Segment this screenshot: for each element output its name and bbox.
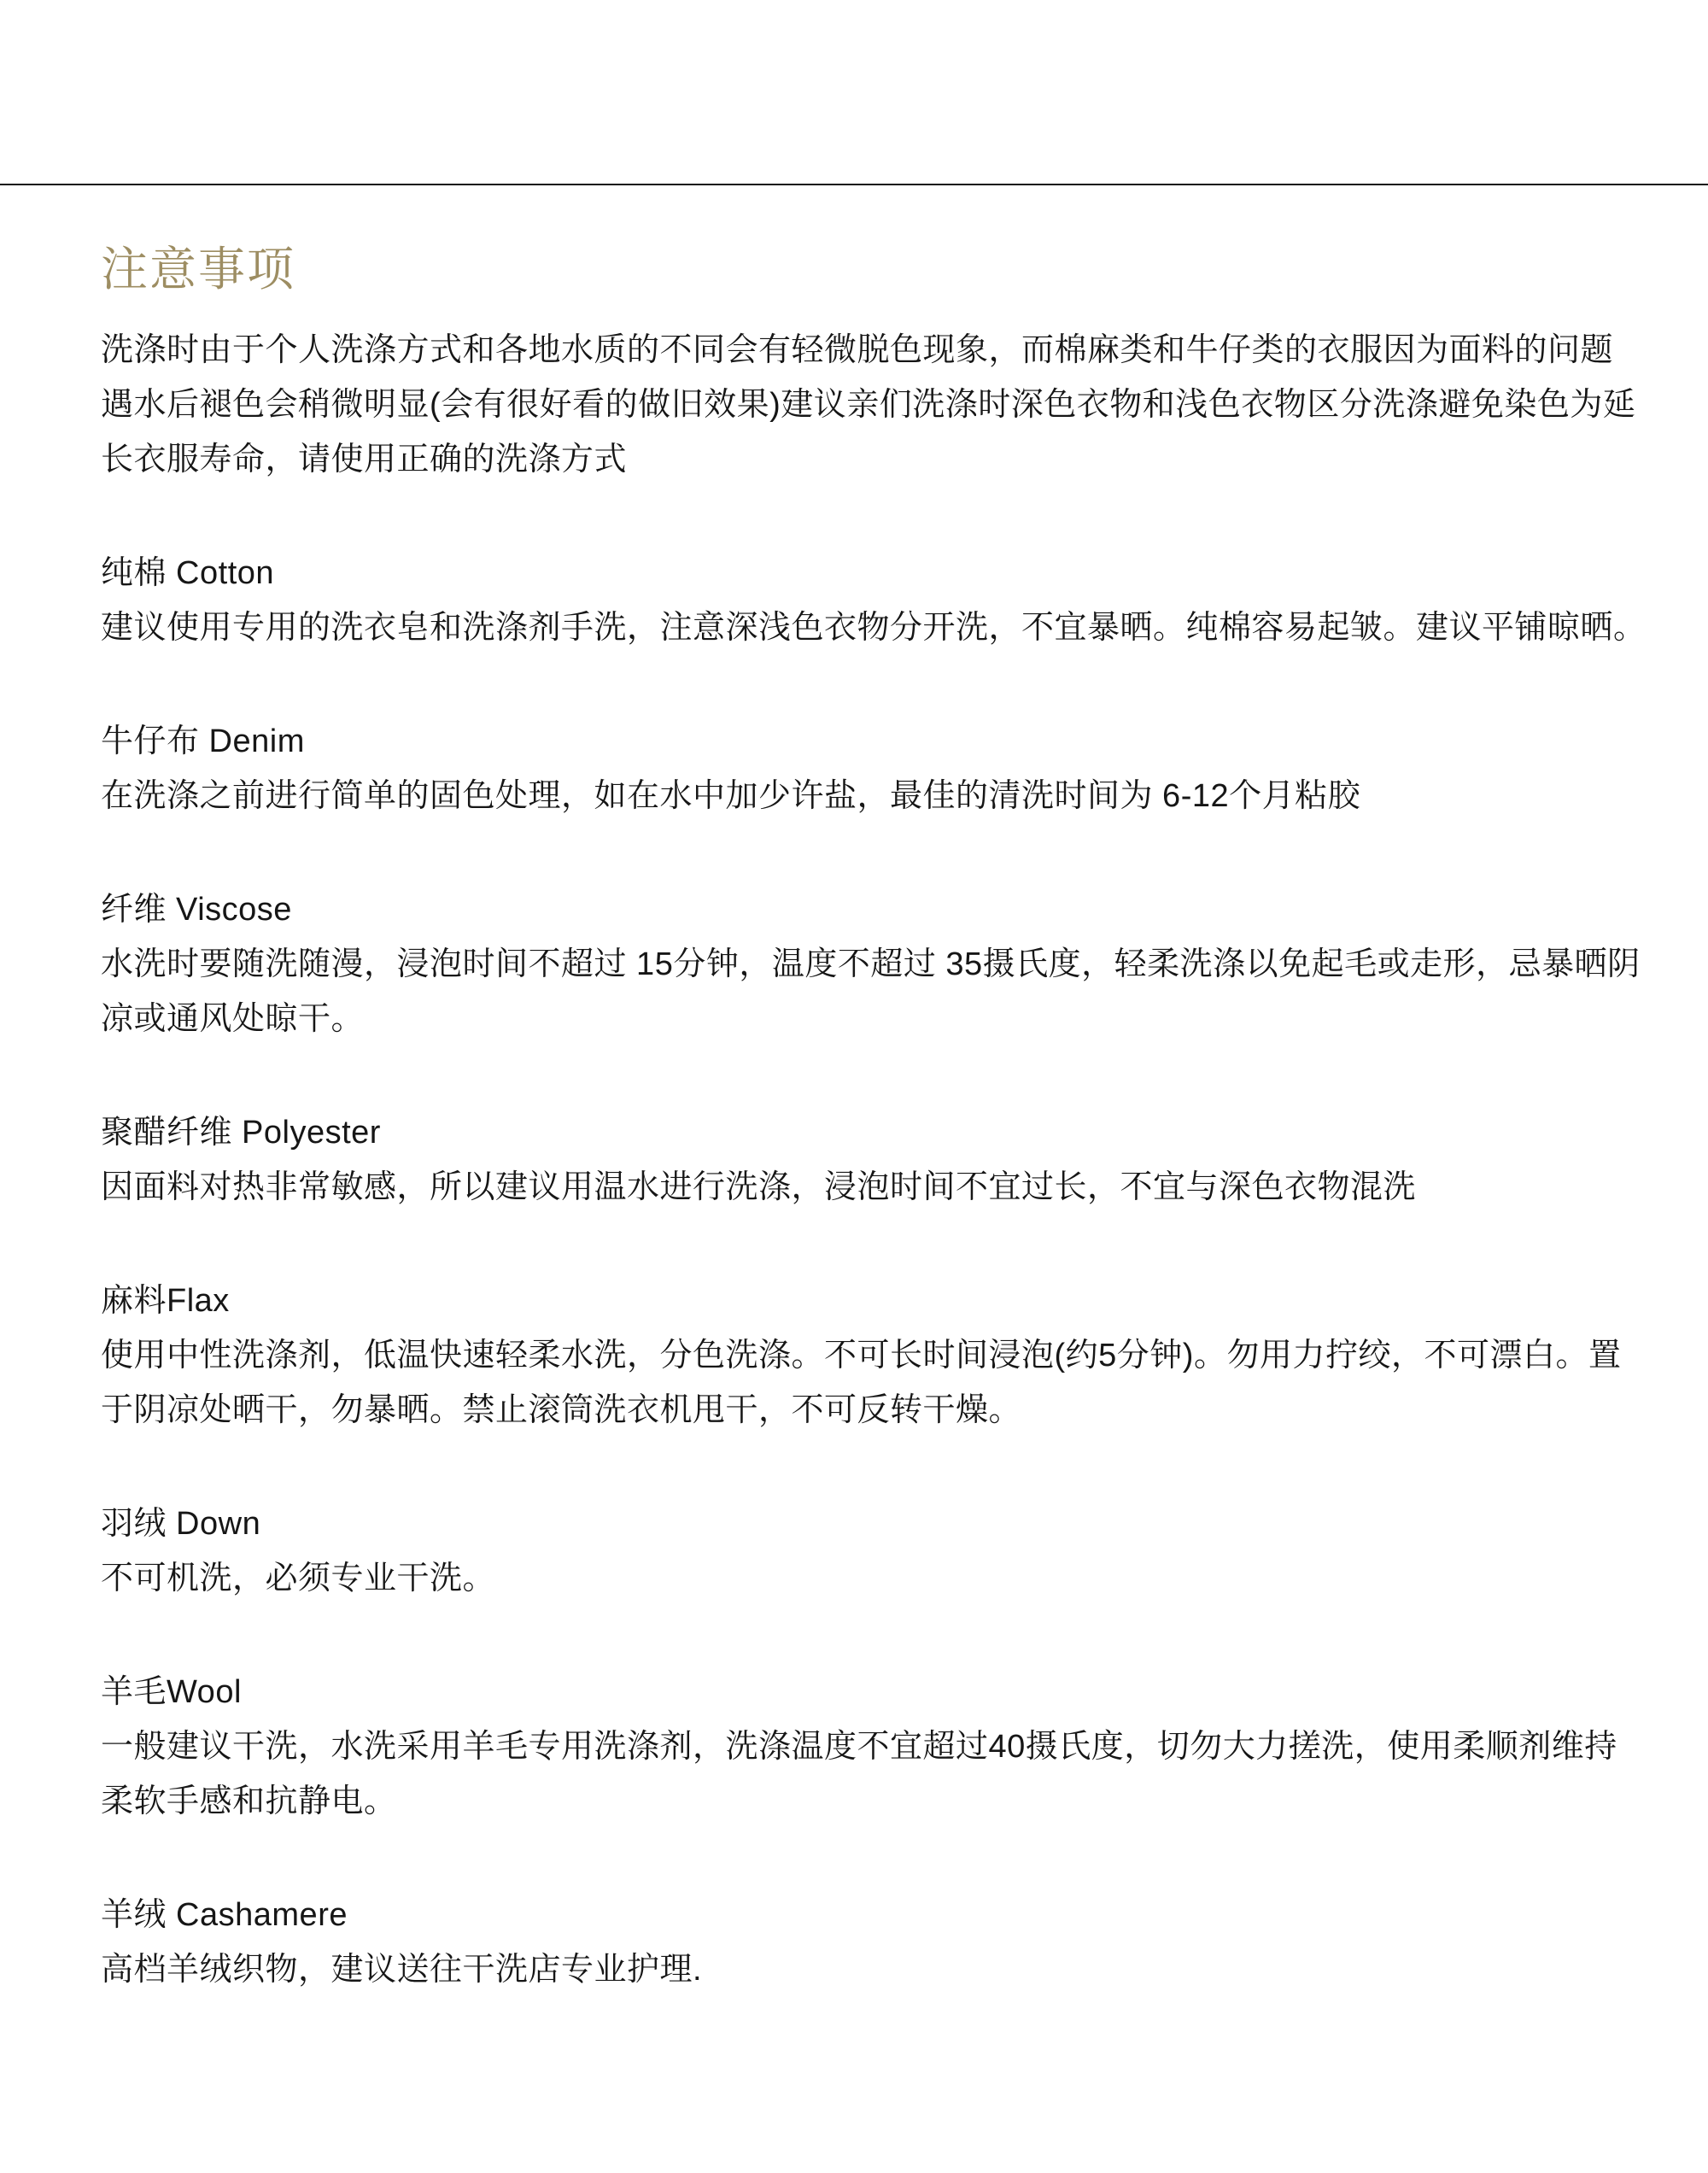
section-body: 一般建议干洗，水洗采用羊毛专用洗涤剂，洗涤温度不宜超过40摄氏度，切勿大力搓洗，… [101,1719,1657,1829]
text-line: 在洗涤之前进行简单的固色处理，如在水中加少许盐，最佳的清洗时间为 6-12个月粘… [101,769,1657,823]
text-line: 因面料对热非常敏感，所以建议用温水进行洗涤，浸泡时间不宜过长，不宜与深色衣物混洗 [101,1160,1657,1215]
section-body: 水洗时要随洗随漫，浸泡时间不超过 15分钟，温度不超过 35摄氏度，轻柔洗涤以免… [101,937,1657,1046]
section-body: 不可机洗，必须专业干洗。 [101,1551,1657,1606]
text-line: 于阴凉处晒干，勿暴晒。禁止滚筒洗衣机甩干，不可反转干燥。 [101,1383,1657,1438]
text-line: 柔软手感和抗静电。 [101,1774,1657,1829]
section-body: 高档羊绒织物，建议送往干洗店专业护理. [101,1942,1657,1997]
section-body: 因面料对热非常敏感，所以建议用温水进行洗涤，浸泡时间不宜过长，不宜与深色衣物混洗 [101,1160,1657,1215]
section-title: 羊毛Wool [101,1665,1657,1719]
section-viscose: 纤维 Viscose 水洗时要随洗随漫，浸泡时间不超过 15分钟，温度不超过 3… [101,882,1657,1046]
section-down: 羽绒 Down 不可机洗，必须专业干洗。 [101,1496,1657,1606]
section-body: 在洗涤之前进行简单的固色处理，如在水中加少许盐，最佳的清洗时间为 6-12个月粘… [101,769,1657,823]
section-title: 羊绒 Cashamere [101,1888,1657,1942]
text-line: 长衣服寿命，请使用正确的洗涤方式 [101,432,1657,487]
text-line: 建议使用专用的洗衣皂和洗涤剂手洗，注意深浅色衣物分开洗，不宜暴晒。纯棉容易起皱。… [101,600,1657,655]
section-title: 聚醋纤维 Polyester [101,1105,1657,1160]
text-line: 高档羊绒织物，建议送往干洗店专业护理. [101,1942,1657,1997]
text-line: 遇水后褪色会稍微明显(会有很好看的做旧效果)建议亲们洗涤时深色衣物和浅色衣物区分… [101,378,1657,432]
section-wool: 羊毛Wool 一般建议干洗，水洗采用羊毛专用洗涤剂，洗涤温度不宜超过40摄氏度，… [101,1665,1657,1829]
intro-paragraph: 洗涤时由于个人洗涤方式和各地水质的不同会有轻微脱色现象，而棉麻类和牛仔类的衣服因… [101,323,1657,487]
text-line: 不可机洗，必须专业干洗。 [101,1551,1657,1606]
page-title: 注意事项 [101,246,1708,293]
section-cashmere: 羊绒 Cashamere 高档羊绒织物，建议送往干洗店专业护理. [101,1888,1657,1997]
text-line: 一般建议干洗，水洗采用羊毛专用洗涤剂，洗涤温度不宜超过40摄氏度，切勿大力搓洗，… [101,1719,1657,1774]
text-line: 使用中性洗涤剂，低温快速轻柔水洗，分色洗涤。不可长时间浸泡(约5分钟)。勿用力拧… [101,1328,1657,1383]
text-line: 水洗时要随洗随漫，浸泡时间不超过 15分钟，温度不超过 35摄氏度，轻柔洗涤以免… [101,937,1657,992]
section-title: 纯棉 Cotton [101,546,1657,600]
top-divider-line [0,184,1708,185]
section-polyester: 聚醋纤维 Polyester 因面料对热非常敏感，所以建议用温水进行洗涤，浸泡时… [101,1105,1657,1215]
text-line: 凉或通风处晾干。 [101,992,1657,1046]
care-instructions-page: 注意事项 洗涤时由于个人洗涤方式和各地水质的不同会有轻微脱色现象，而棉麻类和牛仔… [0,0,1708,2173]
care-content: 洗涤时由于个人洗涤方式和各地水质的不同会有轻微脱色现象，而棉麻类和牛仔类的衣服因… [101,323,1657,1997]
section-title: 羽绒 Down [101,1496,1657,1551]
text-line: 洗涤时由于个人洗涤方式和各地水质的不同会有轻微脱色现象，而棉麻类和牛仔类的衣服因… [101,323,1657,378]
section-title: 牛仔布 Denim [101,714,1657,769]
section-title: 麻料Flax [101,1274,1657,1328]
section-denim: 牛仔布 Denim 在洗涤之前进行简单的固色处理，如在水中加少许盐，最佳的清洗时… [101,714,1657,823]
section-body: 使用中性洗涤剂，低温快速轻柔水洗，分色洗涤。不可长时间浸泡(约5分钟)。勿用力拧… [101,1328,1657,1438]
section-body: 建议使用专用的洗衣皂和洗涤剂手洗，注意深浅色衣物分开洗，不宜暴晒。纯棉容易起皱。… [101,600,1657,655]
section-title: 纤维 Viscose [101,882,1657,937]
section-cotton: 纯棉 Cotton 建议使用专用的洗衣皂和洗涤剂手洗，注意深浅色衣物分开洗，不宜… [101,546,1657,655]
section-flax: 麻料Flax 使用中性洗涤剂，低温快速轻柔水洗，分色洗涤。不可长时间浸泡(约5分… [101,1274,1657,1438]
